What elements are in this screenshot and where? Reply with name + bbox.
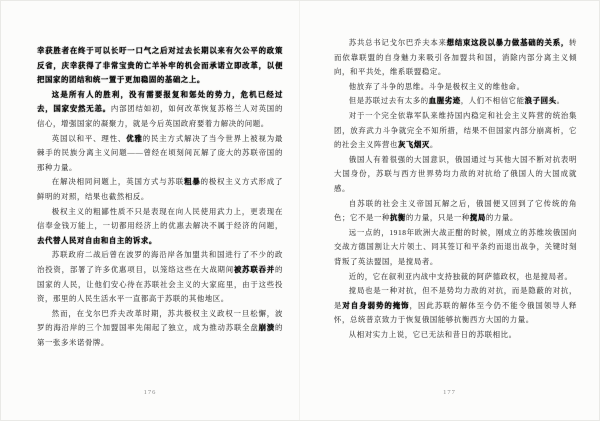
paragraph: 俄国人有着很强的大国意识，俄国通过与其他大国不断对抗表明大国身份，苏联与西方世界… bbox=[334, 153, 577, 197]
body-text: 他放弃了斗争的思维。斗争是极权主义的维他命。 bbox=[349, 82, 525, 91]
paragraph: 这是所有人的胜利，没有需要报复和惩处的势力，危机已经过去，国家安然无恙。内部团结… bbox=[37, 88, 283, 132]
paragraph: 苏共总书记戈尔巴乔夫本来想结束这段以暴力做基础的关系，转而依靠联盟的自身魅力来吸… bbox=[334, 36, 577, 80]
body-text: 从相对实力上说，它已无法和昔日的苏联相比。 bbox=[349, 330, 517, 339]
body-text: 但是苏联过去有太多的 bbox=[349, 96, 429, 105]
page-right: 苏共总书记戈尔巴乔夫本来想结束这段以暴力做基础的关系，转而依靠联盟的自身魅力来吸… bbox=[300, 1, 599, 420]
emphasized-text: 抗衡 bbox=[390, 213, 406, 222]
paragraph: 从相对实力上说，它已无法和昔日的苏联相比。 bbox=[334, 328, 577, 343]
emphasized-text: 灰飞烟灭 bbox=[398, 140, 430, 149]
page-number: 176 bbox=[1, 389, 299, 396]
paragraph: 幸获胜者在终于可以长吁一口气之后对过去长期以来有欠公平的政策反省，庆幸获得了非常… bbox=[37, 44, 283, 88]
page-body: 幸获胜者在终于可以长吁一口气之后对过去长期以来有欠公平的政策反省，庆幸获得了非常… bbox=[37, 44, 283, 350]
emphasized-text: 血腥劣迹 bbox=[429, 96, 461, 105]
page-left: 幸获胜者在终于可以长吁一口气之后对过去长期以来有欠公平的政策反省，庆幸获得了非常… bbox=[1, 1, 300, 420]
emphasized-text: 被苏联吞并 bbox=[234, 265, 275, 274]
emphasized-text: 粗暴 bbox=[184, 177, 201, 186]
body-text: 。 bbox=[557, 96, 565, 105]
body-text: 的力量。 bbox=[486, 213, 518, 222]
body-text: 远一点的，1918年欧洲大战正酣的时候，刚成立的苏维埃俄国向交战方德国割让大片领… bbox=[334, 228, 577, 266]
paragraph: 他放弃了斗争的思维。斗争是极权主义的维他命。 bbox=[334, 80, 577, 95]
paragraph: 但是苏联过去有太多的血腥劣迹，人们不相信它能浪子回头。 bbox=[334, 94, 577, 109]
emphasized-text: 优雅 bbox=[126, 134, 143, 143]
emphasized-text: 崩溃 bbox=[259, 323, 275, 332]
paragraph: 近的，它在叙利亚内战中支持独裁的阿萨德政权，也是搅局者。 bbox=[334, 270, 577, 285]
paragraph: 极权主义的粗鄙性质不只是表现在向人民使用武力上，更表现在信奉金钱万能上，一切都用… bbox=[37, 205, 283, 249]
paragraph: 自苏联的社会主义帝国瓦解之后，俄国便又回到了它传统的角色；它不是一种抗衡的力量，… bbox=[334, 197, 577, 226]
body-text: ，人们不相信它能 bbox=[461, 96, 525, 105]
emphasized-text: 浪子回头 bbox=[525, 96, 557, 105]
paragraph: 在解决相同问题上，英国方式与苏联粗暴的极权主义方式形成了鲜明的对照，结果也截然相… bbox=[37, 175, 283, 204]
body-text: 英国以和平、理性、 bbox=[52, 134, 126, 143]
body-text: 在解决相同问题上，英国方式与苏联 bbox=[52, 177, 184, 186]
body-text: 极权主义的粗鄙性质不只是表现在向人民使用武力上，更表现在信奉金钱万能上，一切都用… bbox=[37, 207, 283, 231]
paragraph: 搅局也是一种对抗，但不是势均力敌的对抗，而是隐蔽的对抗，是对自身弱势的掩饰，因此… bbox=[334, 284, 577, 328]
paragraph: 对于一个完全依靠军队来维持国内稳定和社会主义阵营的统治集团，放弃武力斗争就完全不… bbox=[334, 109, 577, 153]
emphasized-text: 幸获胜者在终于可以长吁一口气之后对过去长期以来有欠公平的政策反省，庆幸获得了非常… bbox=[37, 46, 283, 84]
emphasized-text: 去代替人民对自由和自主的诉求。 bbox=[37, 236, 157, 245]
page-body: 苏共总书记戈尔巴乔夫本来想结束这段以暴力做基础的关系，转而依靠联盟的自身魅力来吸… bbox=[334, 36, 577, 342]
paragraph: 然而，在戈尔巴乔夫改革时期，苏共极权主义政权一旦松懈，波罗的海沿岸的三个加盟国率… bbox=[37, 307, 283, 351]
body-text: 。 bbox=[430, 140, 438, 149]
book-spread: 幸获胜者在终于可以长吁一口气之后对过去长期以来有欠公平的政策反省，庆幸获得了非常… bbox=[0, 0, 600, 421]
paragraph: 英国以和平、理性、优雅的民主方式解决了当今世界上被视为最棘手的民族分离主义问题—… bbox=[37, 132, 283, 176]
page-number: 177 bbox=[300, 389, 599, 396]
body-text: 对于一个完全依靠军队来维持国内稳定和社会主义阵营的统治集团，放弃武力斗争就完全不… bbox=[334, 111, 577, 149]
paragraph: 苏联政府二战后曾在波罗的海沿岸各加盟共和国进行了不少的政治投资，部署了许多优惠项… bbox=[37, 248, 283, 306]
body-text: 然而，在戈尔巴乔夫改革时期，苏共极权主义政权一旦松懈，波罗的海沿岸的三个加盟国率… bbox=[37, 309, 283, 333]
emphasized-text: 搅局 bbox=[470, 213, 486, 222]
emphasized-text: 对自身弱势的掩饰 bbox=[342, 301, 409, 310]
body-text: 俄国人有着很强的大国意识，俄国通过与其他大国不断对抗表明大国身份，苏联与西方世界… bbox=[334, 155, 577, 193]
body-text: 的力量，只是一种 bbox=[406, 213, 470, 222]
body-text: 苏共总书记戈尔巴乔夫本来 bbox=[349, 38, 447, 47]
emphasized-text: 想结束这段以暴力做基础的关系， bbox=[447, 38, 569, 47]
paragraph: 远一点的，1918年欧洲大战正酣的时候，刚成立的苏维埃俄国向交战方德国割让大片领… bbox=[334, 226, 577, 270]
body-text: 近的，它在叙利亚内战中支持独裁的阿萨德政权，也是搅局者。 bbox=[349, 272, 573, 281]
